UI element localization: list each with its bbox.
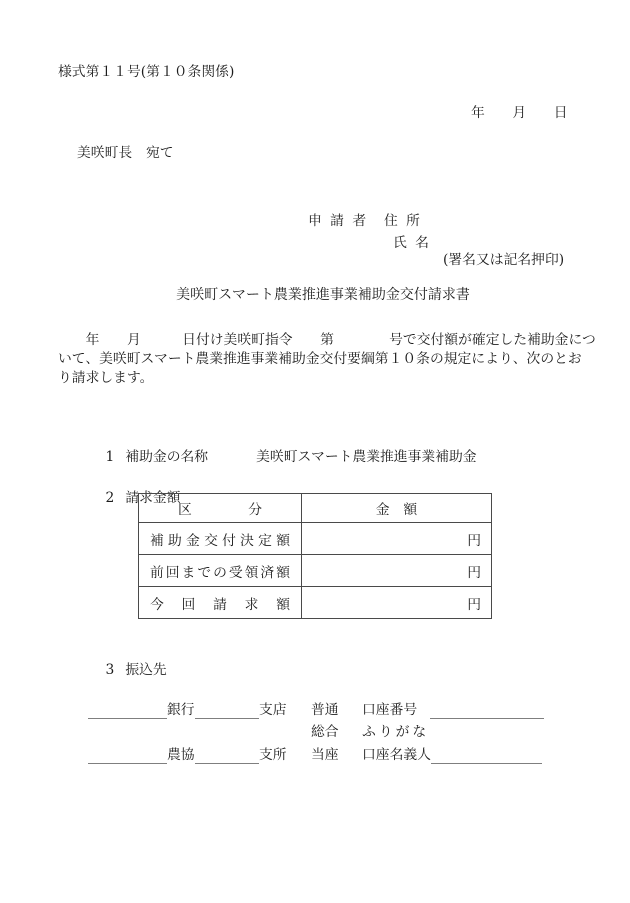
account-holder-blank — [431, 746, 542, 764]
account-number-label: 口座番号 — [362, 701, 417, 719]
item-2-number: 2 — [106, 489, 115, 507]
row-label-grant-decided: 補助金交付決定額 — [150, 529, 290, 549]
furigana-label: ふりがな — [362, 723, 429, 741]
item-3-label: 振込先 — [125, 662, 166, 678]
branch-suffix-label: 支店 — [259, 701, 287, 719]
item-1-number: 1 — [106, 448, 115, 466]
body-paragraph: 年 月 日付け美咲町指令 第 号で交付額が確定した補助金につ いて、美咲町スマー… — [58, 331, 603, 388]
document-page: 様式第１１号(第１０条関係) 年 月 日 美咲町長 宛て 申 請 者 住 所 氏… — [0, 0, 630, 903]
bank-suffix-label: 銀行 — [167, 701, 195, 719]
item-transfer-destination: 3振込先 — [88, 643, 167, 697]
form-number: 様式第１１号(第１０条関係) — [58, 63, 234, 81]
coop-suffix-label: 農協 — [167, 746, 195, 764]
branch-name-blank — [195, 701, 259, 719]
applicant-address-label: 申 請 者 住 所 — [308, 212, 422, 230]
coop-name-blank — [88, 746, 167, 764]
row-label-current-claim: 今回請求額 — [150, 593, 290, 613]
row-unit-grant-decided: 円 — [302, 523, 492, 555]
account-type-general-label: 総合 — [311, 723, 339, 741]
table-row-grant-decided: 補助金交付決定額 円 — [139, 523, 492, 555]
account-holder-label: 口座名義人 — [362, 746, 431, 764]
table-header-row: 区分 金 額 — [139, 494, 492, 523]
bank-name-blank — [88, 701, 167, 719]
amount-table: 区分 金 額 補助金交付決定額 円 前回までの受領済額 円 今回請求額 円 — [138, 493, 492, 619]
document-title: 美咲町スマート農業推進事業補助金交付請求書 — [58, 286, 588, 304]
item-1-label: 補助金の名称 — [125, 449, 208, 465]
table-header-amount: 金 額 — [302, 494, 492, 523]
row-unit-received-so-far: 円 — [302, 555, 492, 587]
item-1-value: 美咲町スマート農業推進事業補助金 — [256, 449, 476, 465]
table-row-received-so-far: 前回までの受領済額 円 — [139, 555, 492, 587]
table-header-category: 区分 — [178, 498, 262, 518]
office-suffix-label: 支所 — [259, 746, 287, 764]
applicant-name-label: 氏 名 — [393, 234, 431, 252]
date-line: 年 月 日 — [471, 104, 568, 122]
signature-note: (署名又は記名押印) — [443, 251, 564, 269]
body-line-3: り請求します。 — [58, 369, 603, 388]
addressee-line: 美咲町長 宛て — [77, 144, 174, 162]
account-type-current-label: 当座 — [311, 746, 339, 764]
row-unit-current-claim: 円 — [302, 587, 492, 619]
item-3-number: 3 — [106, 661, 115, 679]
table-row-current-claim: 今回請求額 円 — [139, 587, 492, 619]
account-type-ordinary-label: 普通 — [311, 701, 339, 719]
body-line-1: 年 月 日付け美咲町指令 第 号で交付額が確定した補助金につ — [58, 331, 603, 350]
account-number-blank — [430, 701, 544, 719]
body-line-2: いて、美咲町スマート農業推進事業補助金交付要綱第１０条の規定により、次のとお — [58, 350, 603, 369]
row-label-received-so-far: 前回までの受領済額 — [150, 561, 290, 581]
office-name-blank — [195, 746, 259, 764]
